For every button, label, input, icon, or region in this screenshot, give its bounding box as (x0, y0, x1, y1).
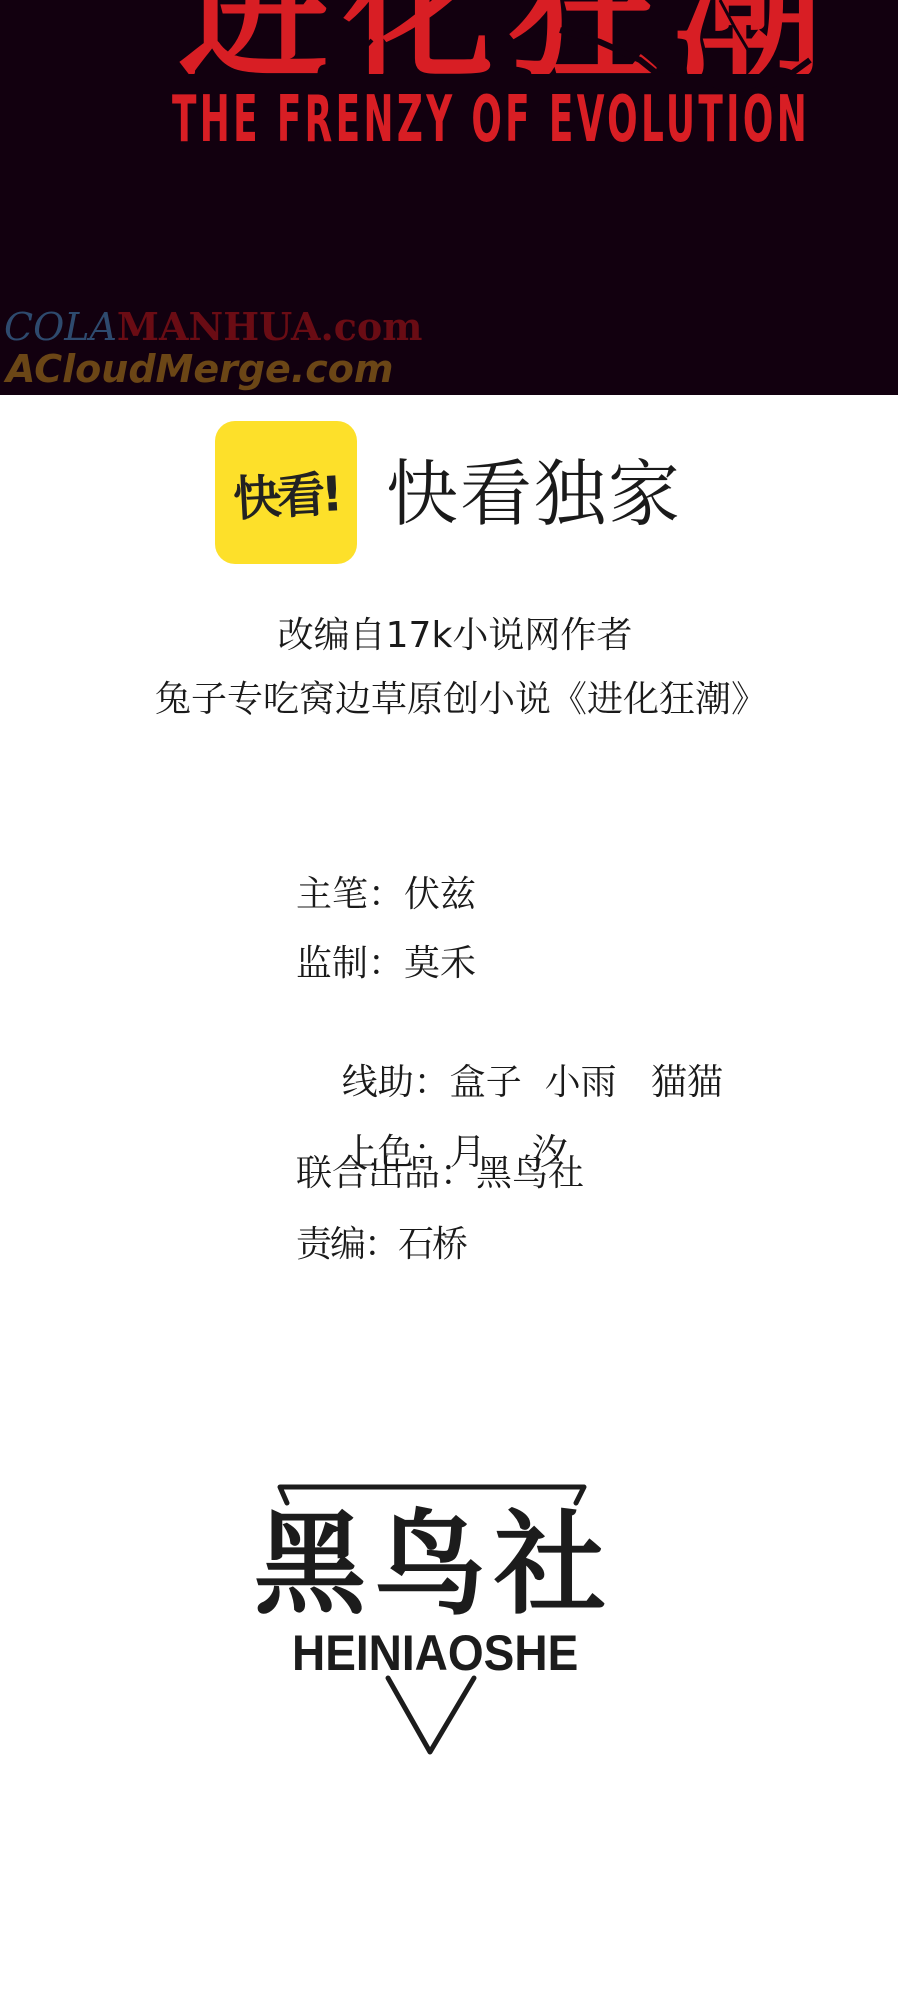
kuaikan-logo-text: 快看! (231, 455, 340, 529)
heiniaoshe-char: 黑 (252, 1508, 368, 1623)
kuaikan-logo: 快看! (215, 421, 357, 564)
watermark-acloudmerge: ACloudMerge.com (6, 348, 393, 390)
adaptation-source-line: 改编自17k小说网作者 (0, 614, 900, 658)
heiniaoshe-english-name: HEINIAOSHE (292, 1628, 545, 1678)
credit-row-lead-artist: 主笔：伏兹 (296, 870, 476, 920)
credit-row-editor: 责编：石桥 (296, 1220, 466, 1270)
credit-label: 监制： (296, 943, 404, 984)
watermark-manhua: MANHUA.com (117, 304, 423, 349)
credit-value: 莫禾 (404, 943, 476, 984)
credit-row-co-producer: 联合出品：黑鸟社 (296, 1149, 584, 1199)
cover-title-english: THE FRENZY OF EVOLUTION (172, 88, 542, 152)
credit-row-supervisor: 监制：莫禾 (296, 939, 476, 989)
credit-label: 主笔： (296, 874, 404, 915)
credit-value: 黑鸟社 (476, 1153, 584, 1194)
adaptation-author-line: 兔子专吃窝边草原创小说《进化狂潮》 (0, 678, 900, 722)
heiniaoshe-char: 社 (492, 1508, 608, 1623)
kuaikan-exclusive-label: 快看独家 (386, 452, 682, 536)
cover-banner: 进 化 狂 潮 THE FRENZY OF EVOLUTION COLAMANH… (0, 0, 898, 395)
credit-value: 伏兹 (404, 874, 476, 915)
heiniaoshe-chinese-name: 黑 鸟 社 (252, 1508, 608, 1623)
watermark-cola: COLA (4, 305, 117, 349)
credit-label: 责编： (296, 1224, 398, 1265)
heiniaoshe-char: 鸟 (372, 1508, 488, 1623)
heiniaoshe-logo: 黑 鸟 社 HEINIAOSHE (250, 1478, 620, 1763)
credit-value: 石桥 (398, 1224, 466, 1265)
watermark-colamanhua: COLAMANHUA.com (4, 306, 422, 348)
credit-label: 联合出品： (296, 1153, 476, 1194)
